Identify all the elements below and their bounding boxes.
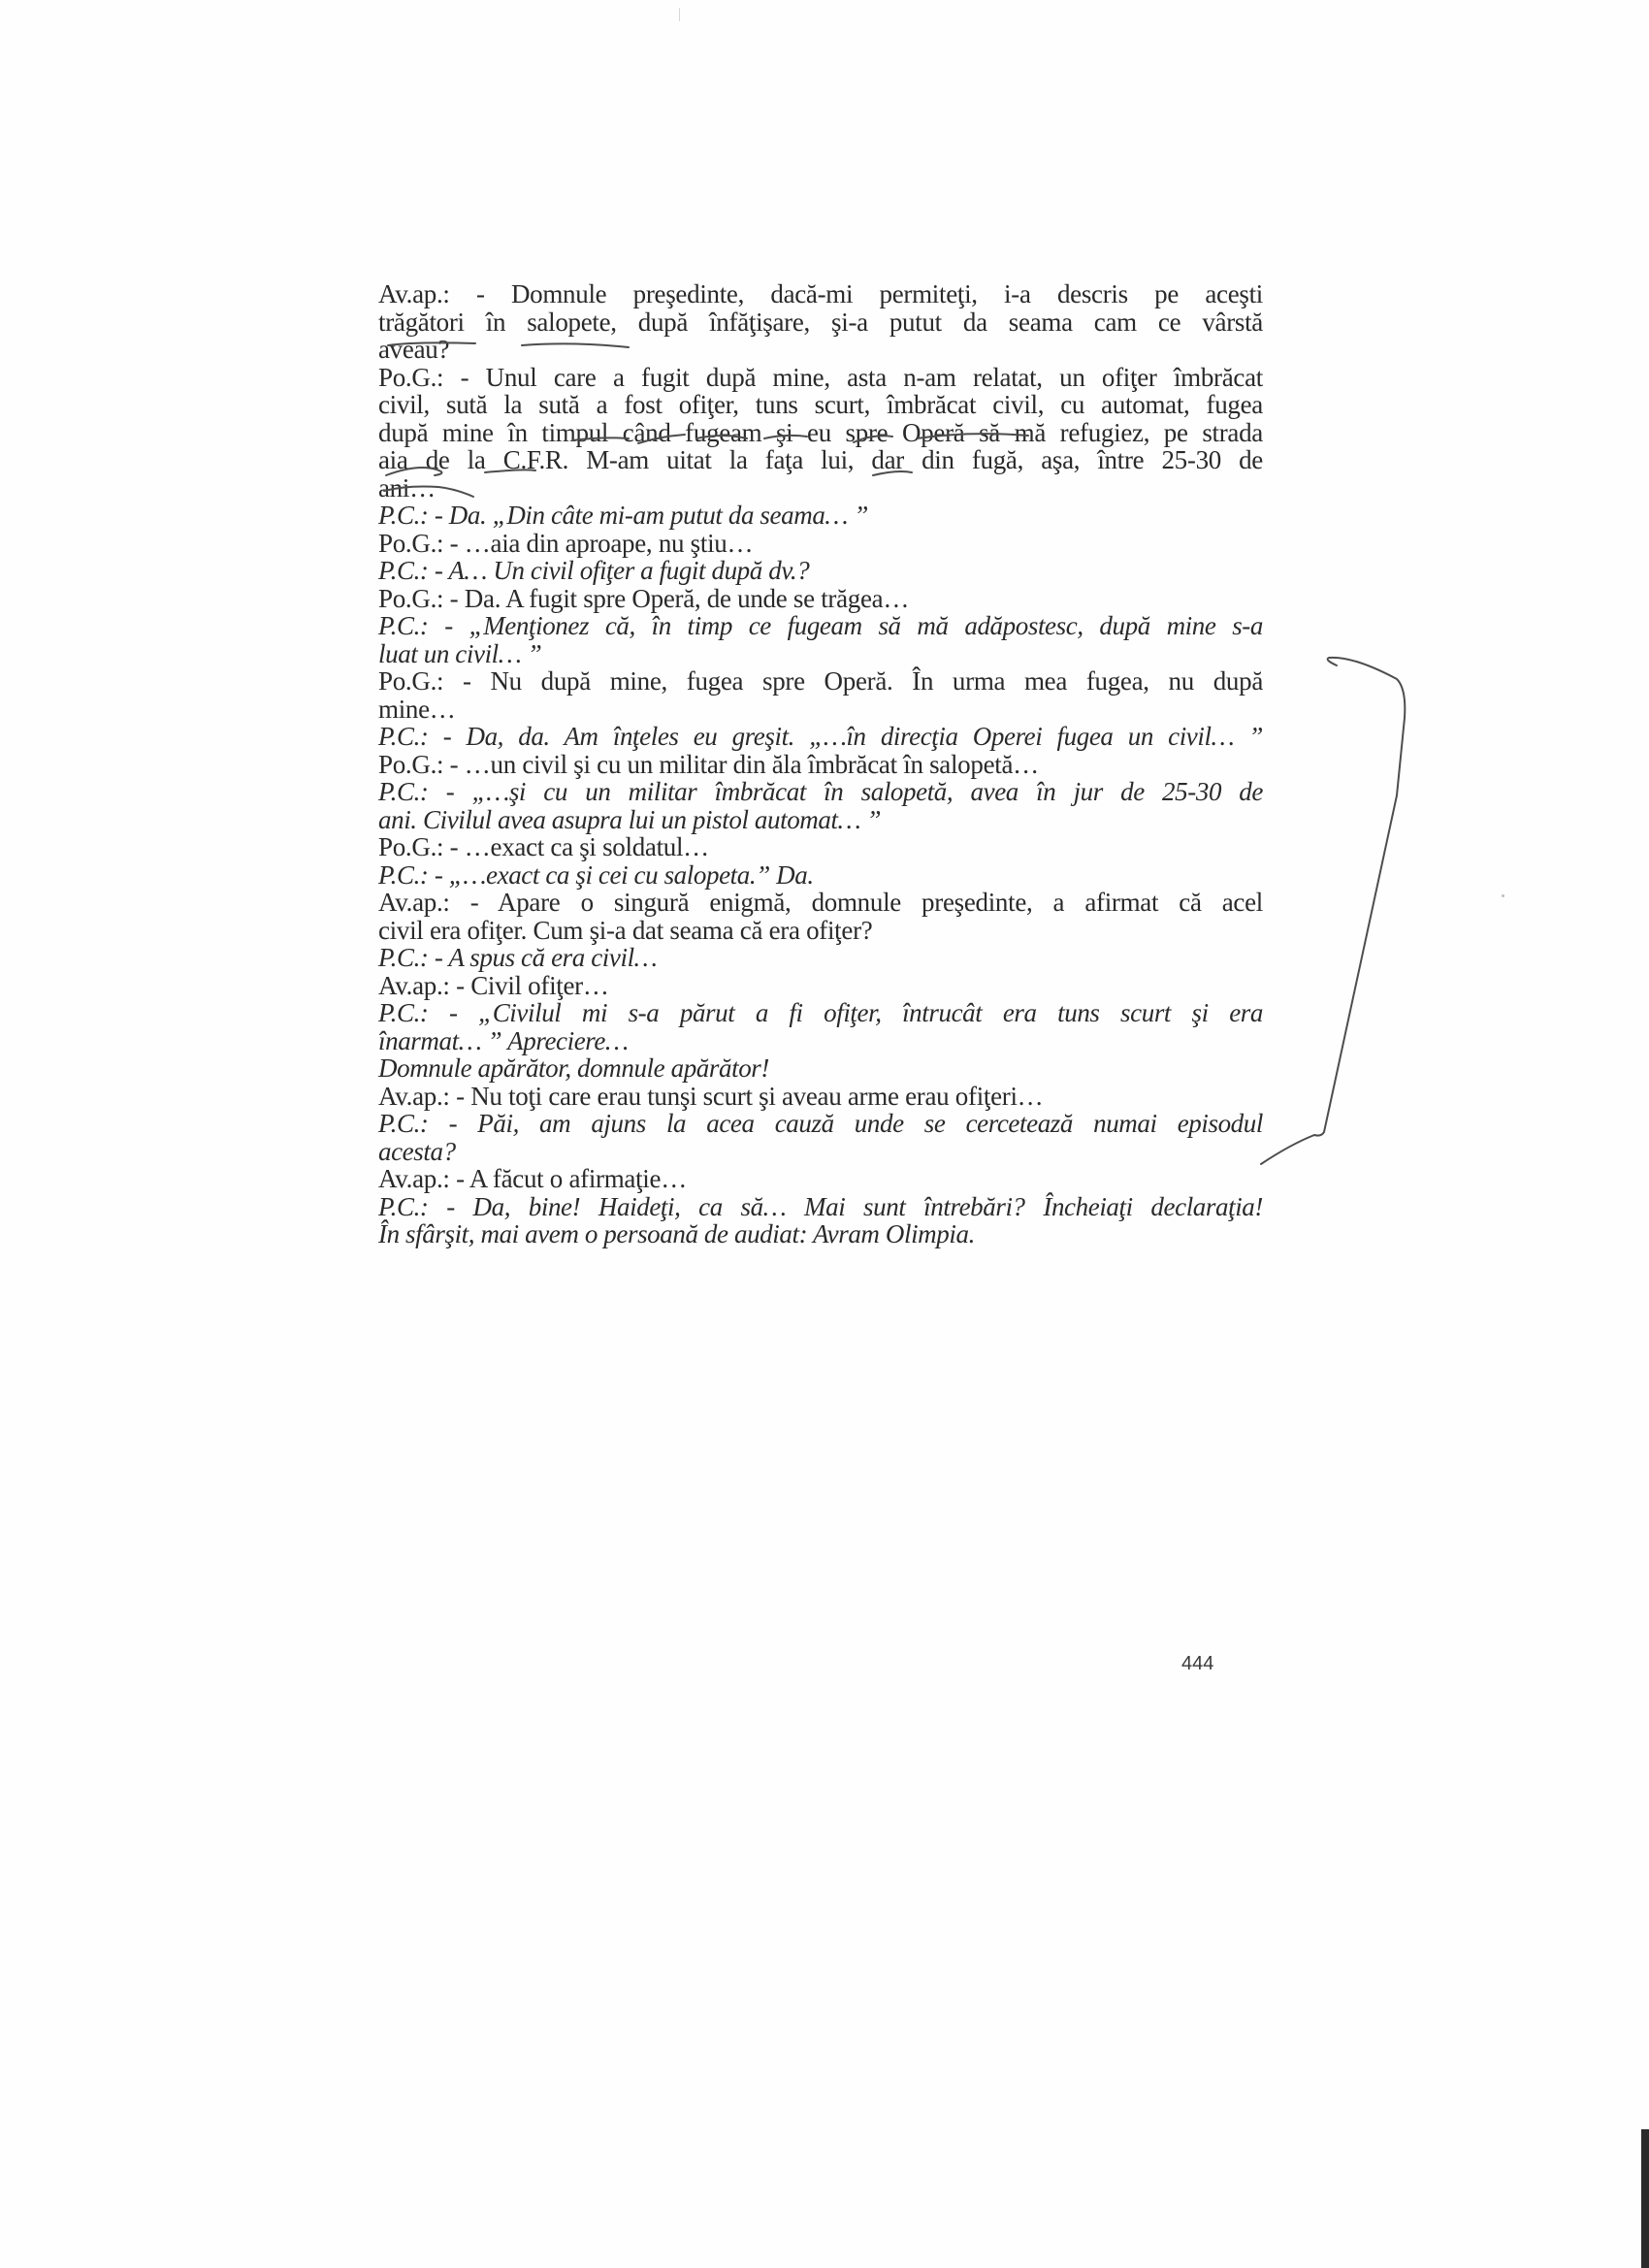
transcript-line: P.C.: - „Civilul mi s-a părut a fi ofiţe… (378, 999, 1263, 1027)
scan-edge-shadow (1641, 2129, 1649, 2268)
transcript-line: P.C.: - „…exact ca şi cei cu salopeta.” … (378, 861, 1263, 890)
transcript-line: înarmat… ” Apreciere… (378, 1027, 1263, 1055)
transcript-line: În sfârşit, mai avem o persoană de audia… (378, 1220, 1263, 1248)
margin-bracket-icon (1261, 658, 1405, 1164)
transcript-line: Po.G.: - Nu după mine, fugea spre Operă.… (378, 667, 1263, 696)
transcript-line: Av.ap.: - A făcut o afirmaţie… (378, 1165, 1263, 1193)
transcript-line: P.C.: - Păi, am ajuns la acea cauză unde… (378, 1110, 1263, 1138)
transcript-line: Po.G.: - …exact ca şi soldatul… (378, 833, 1263, 861)
transcript-line: P.C.: - A spus că era civil… (378, 944, 1263, 972)
transcript-line: ani. Civilul avea asupra lui un pistol a… (378, 806, 1263, 834)
transcript-line: P.C.: - Da, bine! Haideţi, ca să… Mai su… (378, 1193, 1263, 1221)
transcript-line: civil era ofiţer. Cum şi-a dat seama că … (378, 917, 1263, 945)
transcript-body: Av.ap.: - Domnule preşedinte, dacă-mi pe… (378, 280, 1263, 1248)
transcript-line: Av.ap.: - Domnule preşedinte, dacă-mi pe… (378, 280, 1263, 308)
transcript-line: P.C.: - A… Un civil ofiţer a fugit după … (378, 557, 1263, 585)
scan-mark (679, 8, 680, 21)
transcript-line: P.C.: - Da. „Din câte mi-am putut da sea… (378, 502, 1263, 530)
transcript-line: civil, sută la sută a fost ofiţer, tuns … (378, 391, 1263, 419)
scanned-page: Av.ap.: - Domnule preşedinte, dacă-mi pe… (0, 0, 1649, 2268)
transcript-line: Po.G.: - …un civil şi cu un militar din … (378, 751, 1263, 779)
page-number: 444 (1181, 1653, 1213, 1675)
transcript-line: Po.G.: - Da. A fugit spre Operă, de unde… (378, 585, 1263, 613)
transcript-line: mine… (378, 696, 1263, 724)
scan-speck (1502, 894, 1504, 897)
transcript-line: P.C.: - Da, da. Am înţeles eu greşit. „…… (378, 723, 1263, 751)
transcript-line: aveau? (378, 336, 1263, 364)
transcript-line: Av.ap.: - Civil ofiţer… (378, 972, 1263, 1000)
transcript-line: după mine în timpul când fugeam şi eu sp… (378, 419, 1263, 447)
transcript-line: Av.ap.: - Apare o singură enigmă, domnul… (378, 889, 1263, 917)
transcript-line: Domnule apărător, domnule apărător! (378, 1054, 1263, 1083)
transcript-line: ani… (378, 474, 1263, 502)
transcript-line: P.C.: - „…şi cu un militar îmbrăcat în s… (378, 778, 1263, 806)
transcript-line: luat un civil… ” (378, 640, 1263, 668)
transcript-line: trăgători în salopete, după înfăţişare, … (378, 308, 1263, 337)
transcript-line: Po.G.: - Unul care a fugit după mine, as… (378, 364, 1263, 392)
transcript-line: acesta? (378, 1138, 1263, 1166)
transcript-line: P.C.: - „Menţionez că, în timp ce fugeam… (378, 612, 1263, 640)
transcript-line: aia de la C.F.R. M-am uitat la faţa lui,… (378, 446, 1263, 474)
transcript-line: Av.ap.: - Nu toţi care erau tunşi scurt … (378, 1083, 1263, 1111)
transcript-line: Po.G.: - …aia din aproape, nu ştiu… (378, 530, 1263, 558)
